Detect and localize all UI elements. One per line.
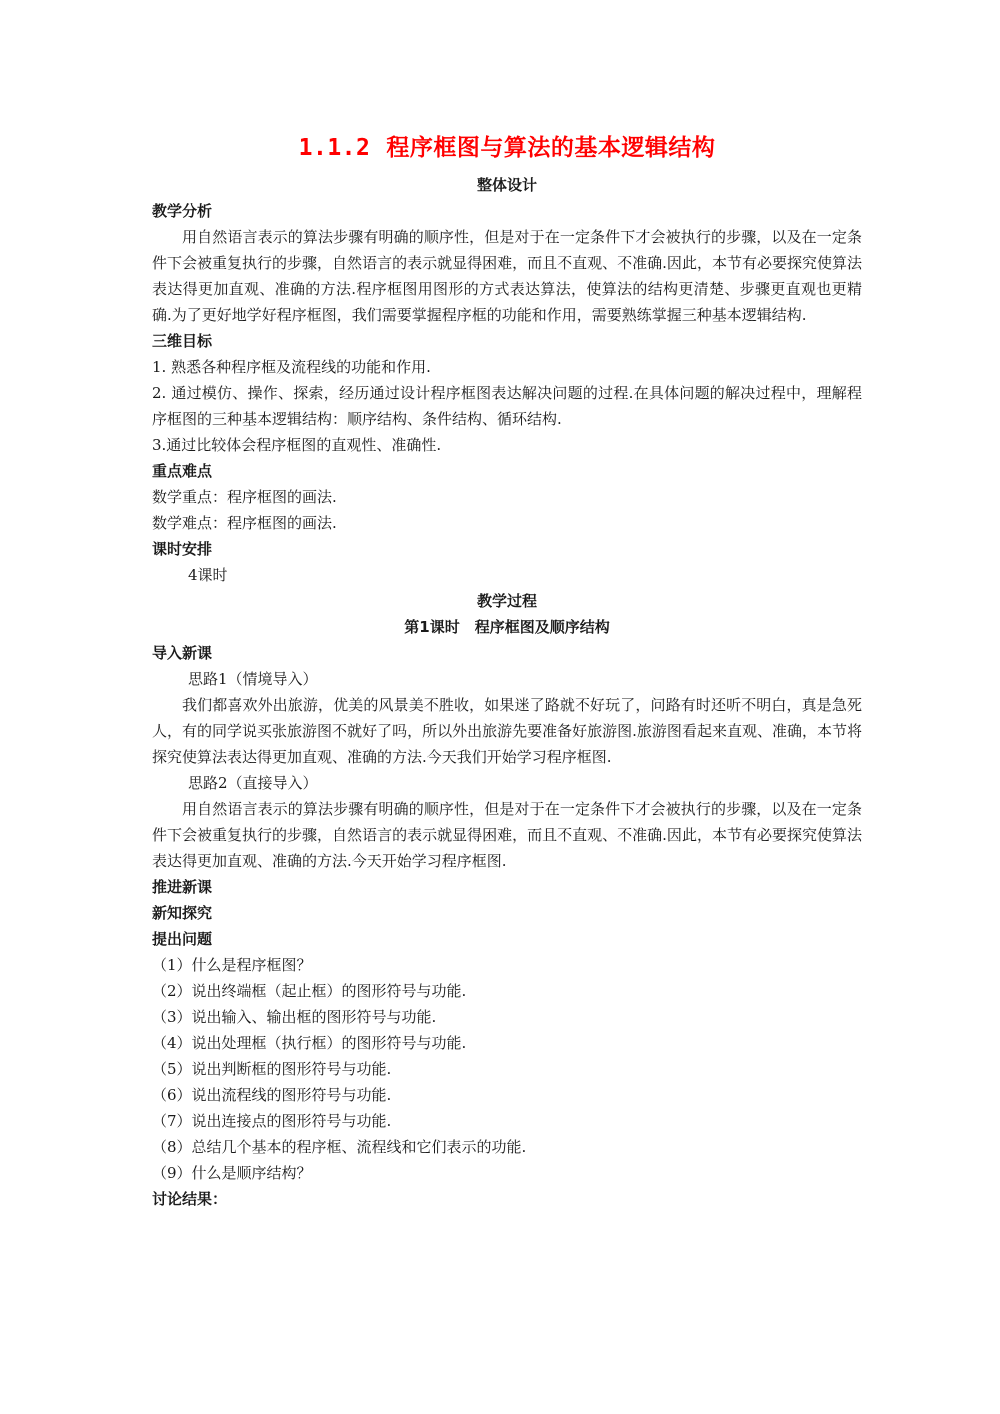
document-page: 1.1.2程序框图与算法的基本逻辑结构 整体设计 教学分析 用自然语言表示的算法… xyxy=(0,0,1000,1414)
document-title: 1.1.2程序框图与算法的基本逻辑结构 xyxy=(152,130,862,166)
teaching-analysis-heading: 教学分析 xyxy=(152,198,862,224)
idea1-text: 我们都喜欢外出旅游，优美的风景美不胜收，如果迷了路就不好玩了，问路有时还听不明白… xyxy=(152,692,862,770)
question-item: （2）说出终端框（起止框）的图形符号与功能. xyxy=(152,978,862,1004)
advance-heading: 推进新课 xyxy=(152,874,862,900)
discussion-heading: 讨论结果： xyxy=(152,1186,862,1212)
document-content: 1.1.2程序框图与算法的基本逻辑结构 整体设计 教学分析 用自然语言表示的算法… xyxy=(152,130,862,1212)
question-item: （5）说出判断框的图形符号与功能. xyxy=(152,1056,862,1082)
objectives-heading: 三维目标 xyxy=(152,328,862,354)
schedule-heading: 课时安排 xyxy=(152,536,862,562)
lesson-title: 第1课时 程序框图及顺序结构 xyxy=(152,614,862,640)
schedule-value: 4课时 xyxy=(152,562,862,588)
process-heading: 教学过程 xyxy=(152,588,862,614)
key-points-heading: 重点难点 xyxy=(152,458,862,484)
objective-item: 1. 熟悉各种程序框及流程线的功能和作用. xyxy=(152,354,862,380)
title-text: 程序框图与算法的基本逻辑结构 xyxy=(386,135,715,161)
key-point-item: 数学重点：程序框图的画法. xyxy=(152,484,862,510)
idea2-label: 思路2（直接导入） xyxy=(152,770,862,796)
question-item: （7）说出连接点的图形符号与功能. xyxy=(152,1108,862,1134)
question-item: （3）说出输入、输出框的图形符号与功能. xyxy=(152,1004,862,1030)
question-item: （8）总结几个基本的程序框、流程线和它们表示的功能. xyxy=(152,1134,862,1160)
questions-heading: 提出问题 xyxy=(152,926,862,952)
objective-item: 2. 通过模仿、操作、探索，经历通过设计程序框图表达解决问题的过程.在具体问题的… xyxy=(152,380,862,432)
objective-item: 3.通过比较体会程序框图的直观性、准确性. xyxy=(152,432,862,458)
overall-design-heading: 整体设计 xyxy=(152,172,862,198)
title-number: 1.1.2 xyxy=(299,135,371,161)
teaching-analysis-paragraph: 用自然语言表示的算法步骤有明确的顺序性，但是对于在一定条件下才会被执行的步骤，以… xyxy=(152,224,862,328)
question-item: （6）说出流程线的图形符号与功能. xyxy=(152,1082,862,1108)
explore-heading: 新知探究 xyxy=(152,900,862,926)
question-item: （1）什么是程序框图？ xyxy=(152,952,862,978)
intro-heading: 导入新课 xyxy=(152,640,862,666)
question-item: （9）什么是顺序结构？ xyxy=(152,1160,862,1186)
key-point-item: 数学难点：程序框图的画法. xyxy=(152,510,862,536)
idea2-text: 用自然语言表示的算法步骤有明确的顺序性，但是对于在一定条件下才会被执行的步骤，以… xyxy=(152,796,862,874)
idea1-label: 思路1（情境导入） xyxy=(152,666,862,692)
question-item: （4）说出处理框（执行框）的图形符号与功能. xyxy=(152,1030,862,1056)
